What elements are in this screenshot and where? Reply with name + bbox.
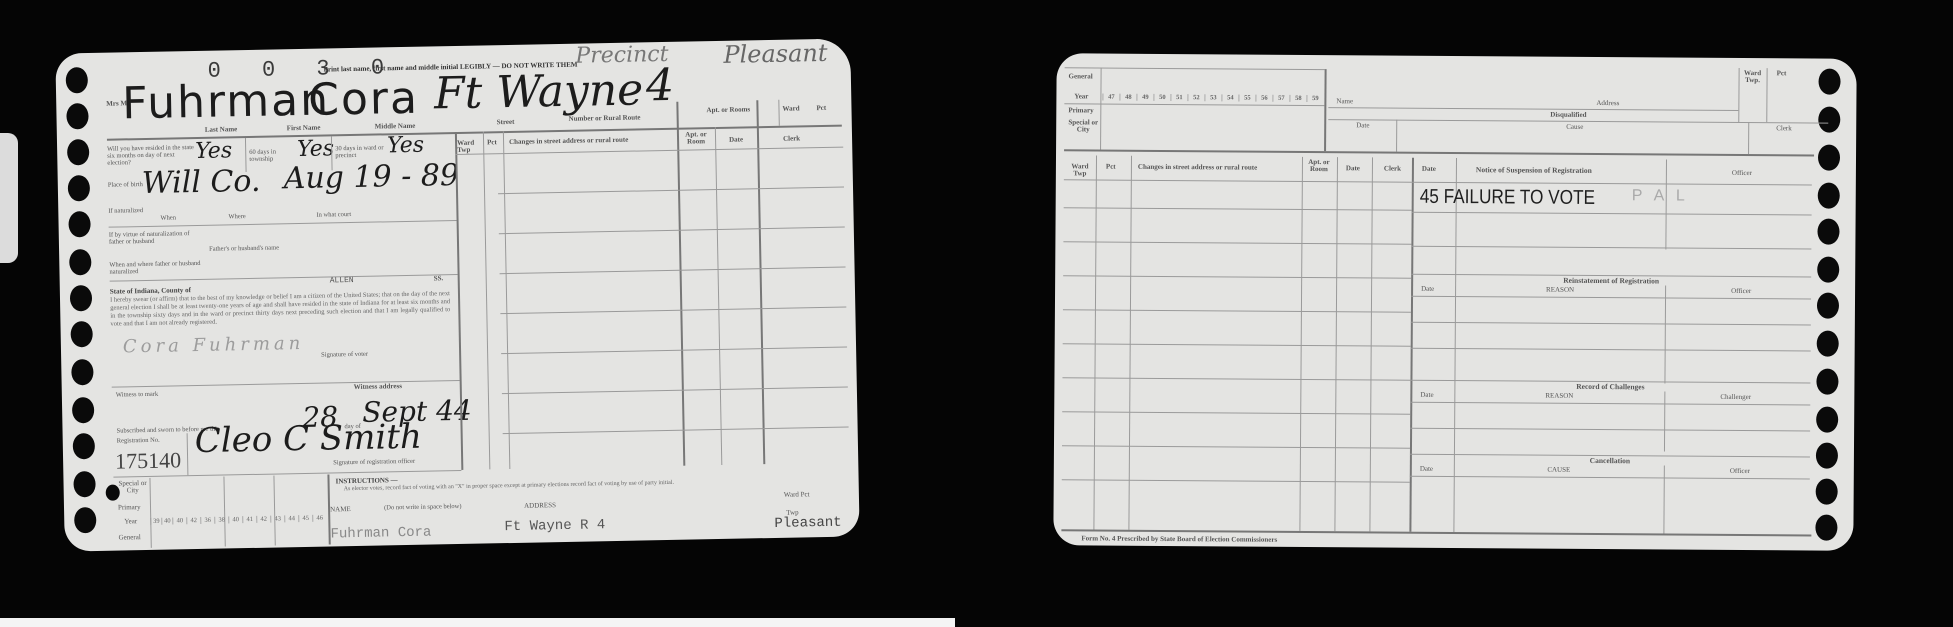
punch-hole — [1816, 407, 1838, 433]
name-note: (Do not write in space below) — [384, 504, 462, 512]
by-virtue-label: If by virtue of naturalization of father… — [109, 231, 199, 246]
punch-hole — [70, 285, 92, 311]
reinstatement-officer-label: Officer — [1731, 288, 1751, 295]
street-value: Ft Wayne — [434, 64, 644, 119]
back-vote-row-primary: Primary — [1068, 107, 1093, 115]
suspension-officer-label: Officer — [1732, 170, 1752, 177]
days-township-value: Yes — [297, 136, 334, 162]
punch-hole — [1818, 107, 1840, 133]
back-clerk-label: Clerk — [1776, 125, 1792, 132]
witness-address-label: Witness address — [354, 383, 402, 391]
punch-hole — [1817, 257, 1839, 283]
back-changes-address-label: Changes in street address or rural route — [1138, 164, 1257, 172]
challenges-reason-label: REASON — [1454, 392, 1664, 401]
suspension-entry: 45 FAILURE TO VOTE — [1420, 186, 1595, 210]
officer-signature: Cleo C Smith — [194, 417, 422, 461]
number-label: Number or Rural Route — [569, 114, 641, 123]
resided-state-label: Will you have resided in the state six m… — [107, 145, 197, 167]
punch-hole — [74, 507, 96, 533]
when-label: When — [160, 215, 176, 222]
punch-hole — [1815, 515, 1837, 541]
voter-signature-label: Signature of voter — [321, 352, 368, 360]
last-name-label: Last Name — [205, 126, 238, 134]
challenges-date-label: Date — [1420, 392, 1433, 399]
township-note: Pleasant — [723, 39, 828, 69]
address-label: ADDRESS — [524, 502, 556, 510]
film-glare-strip — [0, 618, 955, 627]
typed-township: Pleasant — [774, 515, 842, 532]
punch-hole — [70, 321, 92, 347]
days-ward-value: Yes — [387, 133, 424, 159]
witness-label: Witness to mark — [116, 392, 158, 400]
film-edge-artifact — [0, 133, 18, 263]
court-label: In what court — [316, 212, 351, 219]
officer-signature-label: Signature of registration officer — [333, 459, 415, 467]
voter-signature: Cora Fuhrman — [123, 333, 305, 357]
where-label: Where — [228, 214, 245, 221]
back-changes-ward-label: Ward Twp — [1068, 163, 1092, 178]
punch-hole — [1818, 145, 1840, 171]
punch-hole — [1816, 369, 1838, 395]
punch-hole — [69, 249, 91, 275]
back-vote-row-year: Year — [1074, 93, 1088, 100]
instructions-text: As elector votes, record fact of voting … — [344, 478, 764, 493]
ss-label: SS. — [434, 275, 444, 283]
disqualified-label: Disqualified — [1550, 112, 1586, 120]
vote-row-general: General — [119, 534, 141, 542]
back-vote-row-general: General — [1069, 73, 1093, 81]
street-label: Street — [497, 119, 515, 127]
punch-hole — [71, 359, 93, 385]
registration-no-label: Registration No. — [117, 438, 160, 446]
changes-address-label: Changes in street address or rural route — [509, 137, 628, 147]
challenges-challenger-label: Challenger — [1720, 394, 1751, 402]
typed-address: Ft Wayne R 4 — [504, 517, 605, 535]
birth-date-value: Aug 19 - 89 — [283, 158, 459, 196]
ward-label: Ward — [782, 105, 799, 113]
days-ward-label: 30 days in ward or precinct — [335, 145, 391, 160]
punch-hole — [66, 103, 88, 129]
apt-rooms-label: Apt. or Rooms — [706, 106, 750, 114]
punch-hole — [1816, 479, 1838, 505]
cancellation-officer-label: Officer — [1730, 468, 1750, 475]
punch-hole — [1818, 69, 1840, 95]
punch-hole — [73, 433, 95, 459]
suspension-entry-faded: P A L — [1632, 187, 1689, 205]
changes-pct-label: Pct — [487, 139, 497, 147]
first-name-value: Cora — [308, 73, 420, 126]
punch-hole — [1817, 293, 1839, 319]
changes-clerk-label: Clerk — [783, 135, 800, 143]
punch-hole — [1817, 331, 1839, 357]
changes-apt-label: Apt. or Room — [681, 131, 711, 146]
punch-hole — [72, 397, 94, 423]
changes-ward-label: Ward Twp — [457, 140, 481, 155]
county-value: ALLEN — [330, 276, 354, 285]
registration-card-back: General Year Primary Special or City 47 … — [1053, 53, 1856, 551]
when-where-father-label: When and where father or husband natural… — [109, 261, 201, 276]
punch-hole — [1817, 219, 1839, 245]
punch-hole — [68, 211, 90, 237]
cancellation-title: Cancellation — [1410, 456, 1810, 467]
back-changes-apt-label: Apt. or Room — [1304, 159, 1334, 174]
last-name-value: Fuhrman — [122, 74, 331, 129]
naturalized-label: If naturalized — [108, 208, 148, 216]
suspension-title: Notice of Suspension of Registration — [1476, 166, 1592, 175]
oath-text: I hereby swear (or affirm) that to the b… — [110, 290, 451, 329]
registration-number: 175140 — [115, 447, 181, 474]
punch-hole — [1816, 443, 1838, 469]
back-name-label: Name — [1336, 98, 1353, 105]
cancellation-cause-label: CAUSE — [1454, 466, 1664, 475]
punch-hole — [1818, 183, 1840, 209]
first-name-label: First Name — [287, 125, 321, 133]
registration-card-front: 0 0 3 0 Print last name, first name and … — [55, 38, 859, 551]
year-grid-back: 47 48 49 50 51 52 53 54 55 56 57 58 59 — [1102, 94, 1323, 103]
back-vote-row-special: Special or City — [1068, 119, 1098, 134]
back-date-label: Date — [1356, 122, 1369, 129]
punch-hole — [66, 67, 88, 93]
reinstatement-date-label: Date — [1421, 286, 1434, 293]
punch-hole — [68, 175, 90, 201]
back-ward-twp-label: Ward Twp. — [1741, 70, 1765, 85]
back-address-label: Address — [1596, 100, 1619, 108]
back-changes-date-label: Date — [1346, 165, 1360, 172]
form-footer: Form No. 4 Prescribed by State Board of … — [1081, 535, 1277, 544]
middle-name-label: Middle Name — [375, 123, 416, 131]
reinstatement-reason-label: REASON — [1455, 286, 1665, 295]
vote-row-year: Year — [124, 518, 137, 526]
back-changes-clerk-label: Clerk — [1384, 166, 1401, 173]
vote-row-primary: Primary — [118, 504, 141, 512]
ward-pct-label: Ward Pct — [784, 491, 810, 499]
back-pct-label: Pct — [1777, 70, 1787, 77]
birth-place-value: Will Co. — [141, 164, 260, 201]
vote-row-special: Special or City — [117, 480, 147, 495]
challenges-title: Record of Challenges — [1410, 382, 1810, 393]
back-cause-label: Cause — [1566, 124, 1583, 131]
number-value: 4 — [646, 60, 675, 112]
suspension-date-label: Date — [1422, 166, 1436, 173]
name-label: NAME — [330, 506, 351, 514]
pct-label: Pct — [816, 105, 826, 113]
changes-date-label: Date — [729, 136, 743, 144]
year-grid-front: 39 40 40 42 36 38 40 41 42 43 44 45 46 — [150, 515, 326, 525]
resided-state-value: Yes — [195, 138, 232, 164]
back-changes-pct-label: Pct — [1106, 164, 1116, 171]
father-name-label: Father's or husband's name — [209, 245, 279, 253]
punch-hole — [73, 471, 95, 497]
punch-hole — [67, 139, 89, 165]
reinstatement-title: Reinstatement of Registration — [1411, 276, 1811, 287]
birth-place-label: Place of birth — [108, 182, 144, 190]
typed-name: Fuhrman Cora — [330, 525, 431, 543]
cancellation-date-label: Date — [1420, 466, 1433, 473]
